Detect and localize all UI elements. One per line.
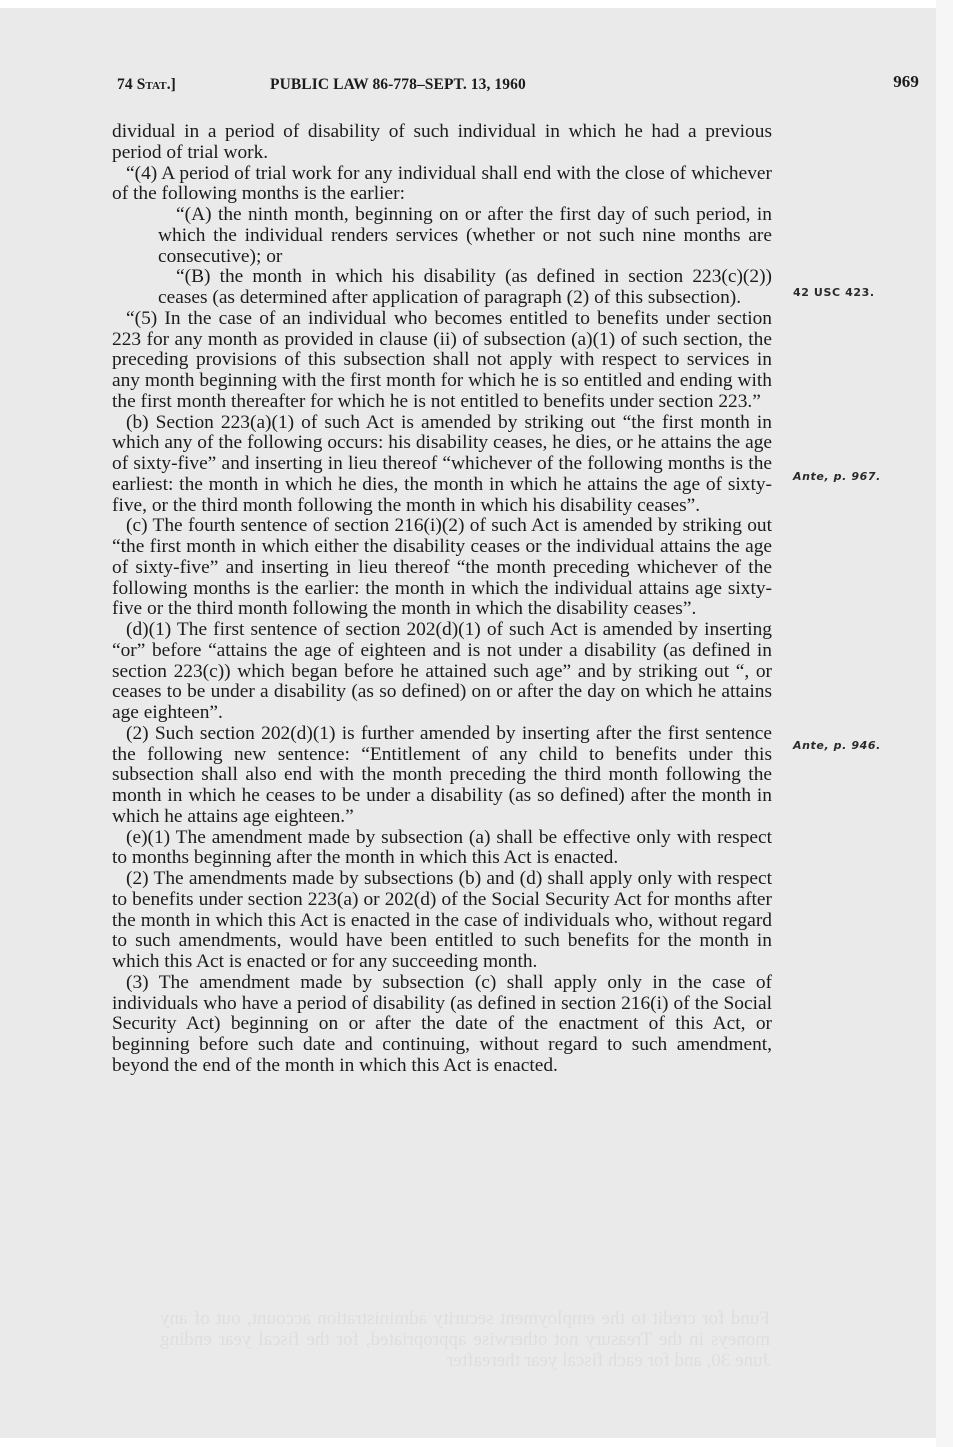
margin-note-ante-967: Ante, p. 967. <box>793 470 881 483</box>
volume-label: Stat. <box>137 76 171 93</box>
paragraph-e3: (3) The amendment made by subsection (c)… <box>112 973 772 1077</box>
paragraph-4a: “(A) the ninth month, beginning on or af… <box>112 205 772 267</box>
header-title: PUBLIC LAW 86-778–SEPT. 13, 1960 <box>270 76 526 94</box>
paragraph-e2: (2) The amendments made by subsections (… <box>112 869 772 973</box>
paragraph-continuation: dividual in a period of disability of su… <box>112 122 772 164</box>
scanned-page: 74 Stat.] PUBLIC LAW 86-778–SEPT. 13, 19… <box>0 8 936 1438</box>
paragraph-d1: (d)(1) The first sentence of section 202… <box>112 620 772 724</box>
paragraph-d2: (2) Such section 202(d)(1) is further am… <box>112 724 772 828</box>
volume-bracket: ] <box>171 76 176 93</box>
volume-number: 74 <box>117 76 137 93</box>
statute-volume: 74 Stat.] <box>117 76 176 94</box>
margin-note-ante-946: Ante, p. 946. <box>793 739 881 752</box>
page-number: 969 <box>893 72 919 92</box>
body-text: dividual in a period of disability of su… <box>112 122 772 1077</box>
margin-note-usc: 42 USC 423. <box>793 286 875 299</box>
running-header: 74 Stat.] PUBLIC LAW 86-778–SEPT. 13, 19… <box>117 76 919 98</box>
paragraph-c: (c) The fourth sentence of section 216(i… <box>112 516 772 620</box>
paragraph-b: (b) Section 223(a)(1) of such Act is ame… <box>112 413 772 517</box>
paragraph-e1: (e)(1) The amendment made by subsection … <box>112 828 772 870</box>
paragraph-5: “(5) In the case of an individual who be… <box>112 309 772 413</box>
paragraph-4b: “(B) the month in which his disability (… <box>112 267 772 309</box>
scan-edge <box>936 0 953 1447</box>
paragraph-4: “(4) A period of trial work for any indi… <box>112 164 772 206</box>
bleed-through-texture: Fund for credit to the employment securi… <box>160 1308 770 1371</box>
